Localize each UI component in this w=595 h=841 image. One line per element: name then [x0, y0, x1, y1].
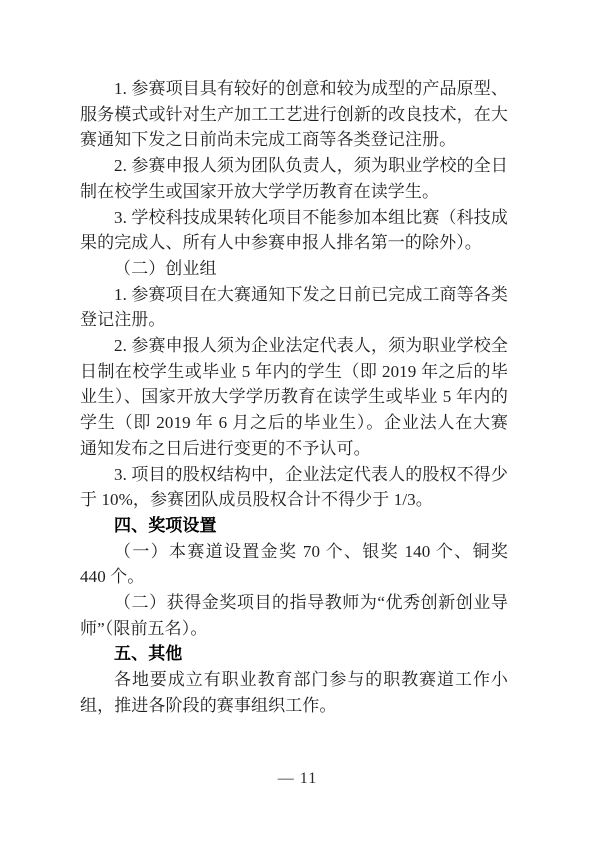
paragraph: 2. 参赛申报人须为团队负责人，须为职业学校的全日制在校学生或国家开放大学学历教… [80, 153, 508, 204]
paragraph: 2. 参赛申报人须为企业法定代表人，须为职业学校全日制在校学生或毕业 5 年内的… [80, 333, 508, 462]
page-footer: — 11 [0, 770, 595, 788]
paragraph: 1. 参赛项目具有较好的创意和较为成型的产品原型、服务模式或针对生产加工工艺进行… [80, 76, 508, 153]
paragraph: 1. 参赛项目在大赛通知下发之日前已完成工商等各类登记注册。 [80, 282, 508, 333]
paragraph: （二）获得金奖项目的指导教师为“优秀创新创业导师”（限前五名）。 [80, 590, 508, 641]
document-body: 1. 参赛项目具有较好的创意和较为成型的产品原型、服务模式或针对生产加工工艺进行… [80, 76, 508, 719]
paragraph: （二）创业组 [80, 256, 508, 282]
paragraph: （一）本赛道设置金奖 70 个、银奖 140 个、铜奖 440 个。 [80, 539, 508, 590]
paragraph: 四、奖项设置 [80, 513, 508, 539]
paragraph: 3. 项目的股权结构中，企业法定代表人的股权不得少于 10%，参赛团队成员股权合… [80, 462, 508, 513]
document-page: 1. 参赛项目具有较好的创意和较为成型的产品原型、服务模式或针对生产加工工艺进行… [0, 0, 595, 841]
paragraph: 3. 学校科技成果转化项目不能参加本组比赛（科技成果的完成人、所有人中参赛申报人… [80, 205, 508, 256]
page-number: — 11 [278, 770, 317, 787]
paragraph: 各地要成立有职业教育部门参与的职教赛道工作小组，推进各阶段的赛事组织工作。 [80, 667, 508, 718]
paragraph: 五、其他 [80, 641, 508, 667]
